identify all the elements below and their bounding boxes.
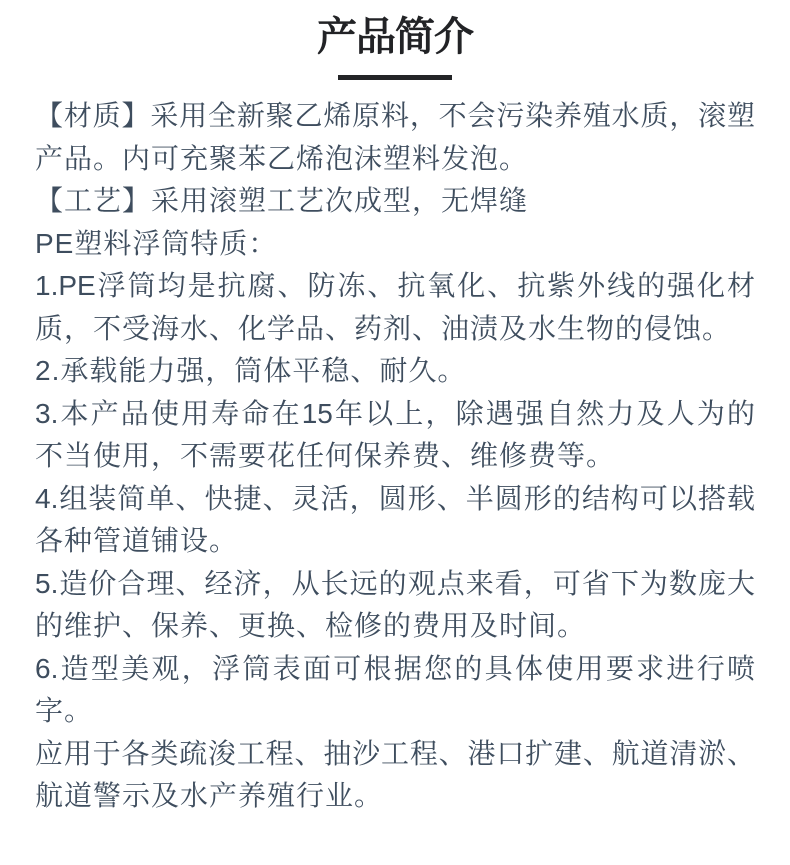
text-line: 质，不受海水、化学品、药剂、油渍及水生物的侵蚀。 (35, 308, 755, 351)
text-line: 产品。内可充聚苯乙烯泡沫塑料发泡。 (35, 138, 755, 181)
text-line: 1.PE浮筒均是抗腐、防冻、抗氧化、抗紫外线的强化材 (35, 265, 755, 308)
text-line: 各种管道铺设。 (35, 520, 755, 563)
text-line: 3.本产品使用寿命在15年以上，除遇强自然力及人为的 (35, 393, 755, 436)
text-line: 4.组装简单、快捷、灵活，圆形、半圆形的结构可以搭载 (35, 478, 755, 521)
text-line: 5.造价合理、经济，从长远的观点来看，可省下为数庞大 (35, 563, 755, 606)
text-line: 字。 (35, 690, 755, 733)
text-line: 【工艺】采用滚塑工艺次成型，无焊缝 (35, 180, 755, 223)
text-line: 应用于各类疏浚工程、抽沙工程、港口扩建、航道清淤、 (35, 733, 755, 776)
product-intro-page: 产品简介 【材质】采用全新聚乙烯原料，不会污染养殖水质，滚塑 产品。内可充聚苯乙… (0, 0, 790, 865)
text-line: 不当使用，不需要花任何保养费、维修费等。 (35, 435, 755, 478)
text-line: PE塑料浮筒特质： (35, 223, 755, 266)
page-title: 产品简介 (0, 0, 790, 62)
product-description: 【材质】采用全新聚乙烯原料，不会污染养殖水质，滚塑 产品。内可充聚苯乙烯泡沫塑料… (0, 80, 790, 818)
text-line: 的维护、保养、更换、检修的费用及时间。 (35, 605, 755, 648)
text-line: 【材质】采用全新聚乙烯原料，不会污染养殖水质，滚塑 (35, 95, 755, 138)
text-line: 2.承载能力强，筒体平稳、耐久。 (35, 350, 755, 393)
text-line: 航道警示及水产养殖行业。 (35, 775, 755, 818)
text-line: 6.造型美观，浮筒表面可根据您的具体使用要求进行喷 (35, 648, 755, 691)
